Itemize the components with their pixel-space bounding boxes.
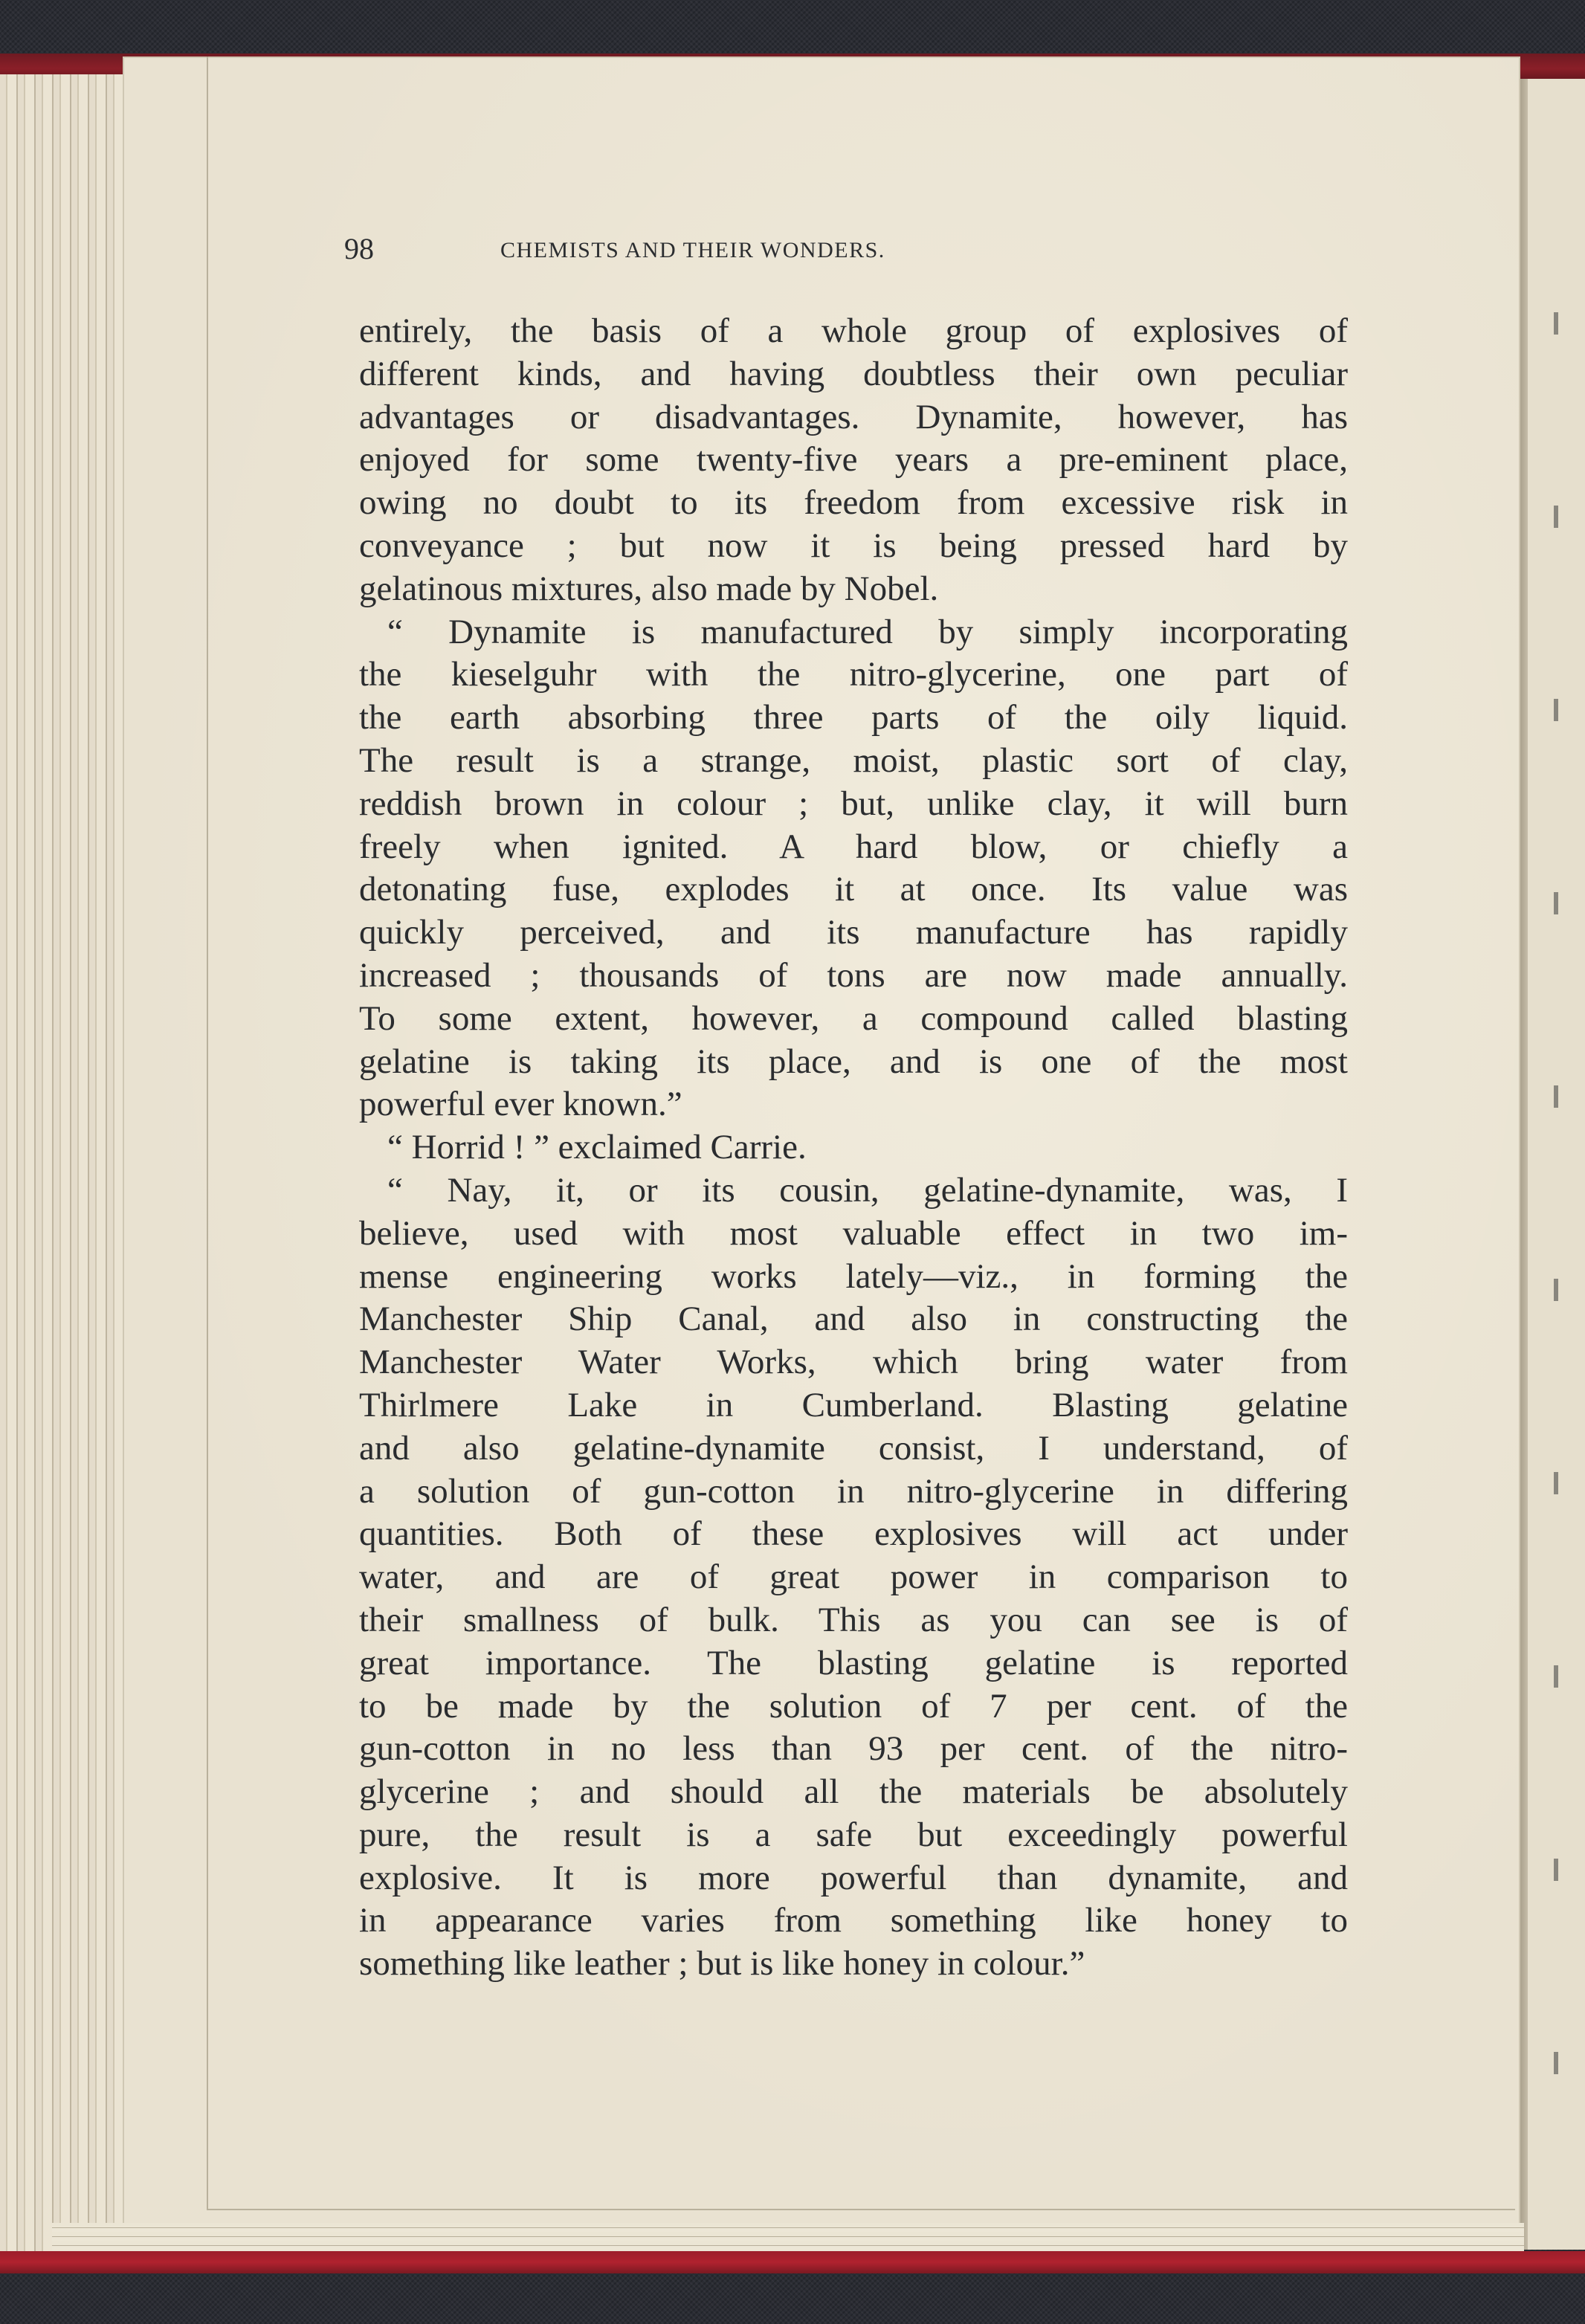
text-line: owing no doubt to its freedom from exces… (359, 482, 1348, 525)
text-line: a solution of gun-cotton in nitro-glycer… (359, 1471, 1348, 1514)
text-line: Manchester Ship Canal, and also in const… (359, 1298, 1348, 1341)
page-edge-rule-bottom (207, 2209, 1515, 2210)
text-line: glycerine ; and should all the materials… (359, 1771, 1348, 1814)
text-line: increased ; thousands of tons are now ma… (359, 955, 1348, 998)
text-line: in appearance varies from something like… (359, 1899, 1348, 1943)
text-line: detonating fuse, explodes it at once. It… (359, 868, 1348, 911)
text-line: To some extent, however, a compound call… (359, 998, 1348, 1041)
text-line: “ Horrid ! ” exclaimed Carrie. (359, 1126, 1348, 1169)
text-line: freely when ignited. A hard blow, or chi… (359, 826, 1348, 869)
text-line: conveyance ; but now it is being pressed… (359, 525, 1348, 568)
text-line: their smallness of bulk. This as you can… (359, 1599, 1348, 1642)
text-line: entirely, the basis of a whole group of … (359, 310, 1348, 353)
facing-page-show-through (1554, 223, 1558, 2082)
running-title: CHEMISTS AND THEIR WONDERS. (500, 230, 885, 271)
text-line: the kieselguhr with the nitro-glycerine,… (359, 653, 1348, 697)
text-line: gelatine is taking its place, and is one… (359, 1041, 1348, 1084)
text-line: mense engineering works lately—viz., in … (359, 1256, 1348, 1299)
text-line: Manchester Water Works, which bring wate… (359, 1341, 1348, 1384)
text-line: advantages or disadvantages. Dynamite, h… (359, 396, 1348, 439)
text-line: and also gelatine-dynamite consist, I un… (359, 1427, 1348, 1471)
text-line: different kinds, and having doubtless th… (359, 353, 1348, 396)
body-text: entirely, the basis of a whole group of … (359, 310, 1348, 1986)
text-line: great importance. The blasting gelatine … (359, 1642, 1348, 1685)
text-line: quantities. Both of these explosives wil… (359, 1513, 1348, 1556)
paragraph: “ Nay, it, or its cousin, gelatine-dynam… (359, 1169, 1348, 1986)
text-line: pure, the result is a safe but exceeding… (359, 1814, 1348, 1857)
text-line: gelatinous mixtures, also made by Nobel. (359, 568, 1348, 611)
paragraph: entirely, the basis of a whole group of … (359, 310, 1348, 611)
text-line: explosive. It is more powerful than dyna… (359, 1857, 1348, 1900)
book-cover-edge-bottom (0, 2251, 1585, 2273)
text-line: enjoyed for some twenty-five years a pre… (359, 439, 1348, 482)
text-line: “ Nay, it, or its cousin, gelatine-dynam… (359, 1169, 1348, 1213)
text-line: quickly perceived, and its manufacture h… (359, 911, 1348, 955)
running-head: 98 CHEMISTS AND THEIR WONDERS. (344, 227, 1385, 271)
text-line: reddish brown in colour ; but, unlike cl… (359, 783, 1348, 826)
paragraph: “ Dynamite is manufactured by simply inc… (359, 611, 1348, 1127)
page-stack-left (0, 74, 126, 2253)
text-line: believe, used with most valuable effect … (359, 1213, 1348, 1256)
text-line: powerful ever known.” (359, 1083, 1348, 1126)
text-line: The result is a strange, moist, plastic … (359, 740, 1348, 783)
page-edge-rule (207, 57, 208, 2209)
paragraph: “ Horrid ! ” exclaimed Carrie. (359, 1126, 1348, 1169)
page-stack-bottom (52, 2223, 1524, 2253)
text-line: to be made by the solution of 7 per cent… (359, 1685, 1348, 1729)
text-line: “ Dynamite is manufactured by simply inc… (359, 611, 1348, 654)
text-line: the earth absorbing three parts of the o… (359, 697, 1348, 740)
page-number: 98 (344, 227, 374, 271)
text-line: something like leather ; but is like hon… (359, 1943, 1348, 1986)
text-line: Thirlmere Lake in Cumberland. Blasting g… (359, 1384, 1348, 1427)
text-line: water, and are of great power in compari… (359, 1556, 1348, 1599)
text-line: gun-cotton in no less than 93 per cent. … (359, 1728, 1348, 1771)
